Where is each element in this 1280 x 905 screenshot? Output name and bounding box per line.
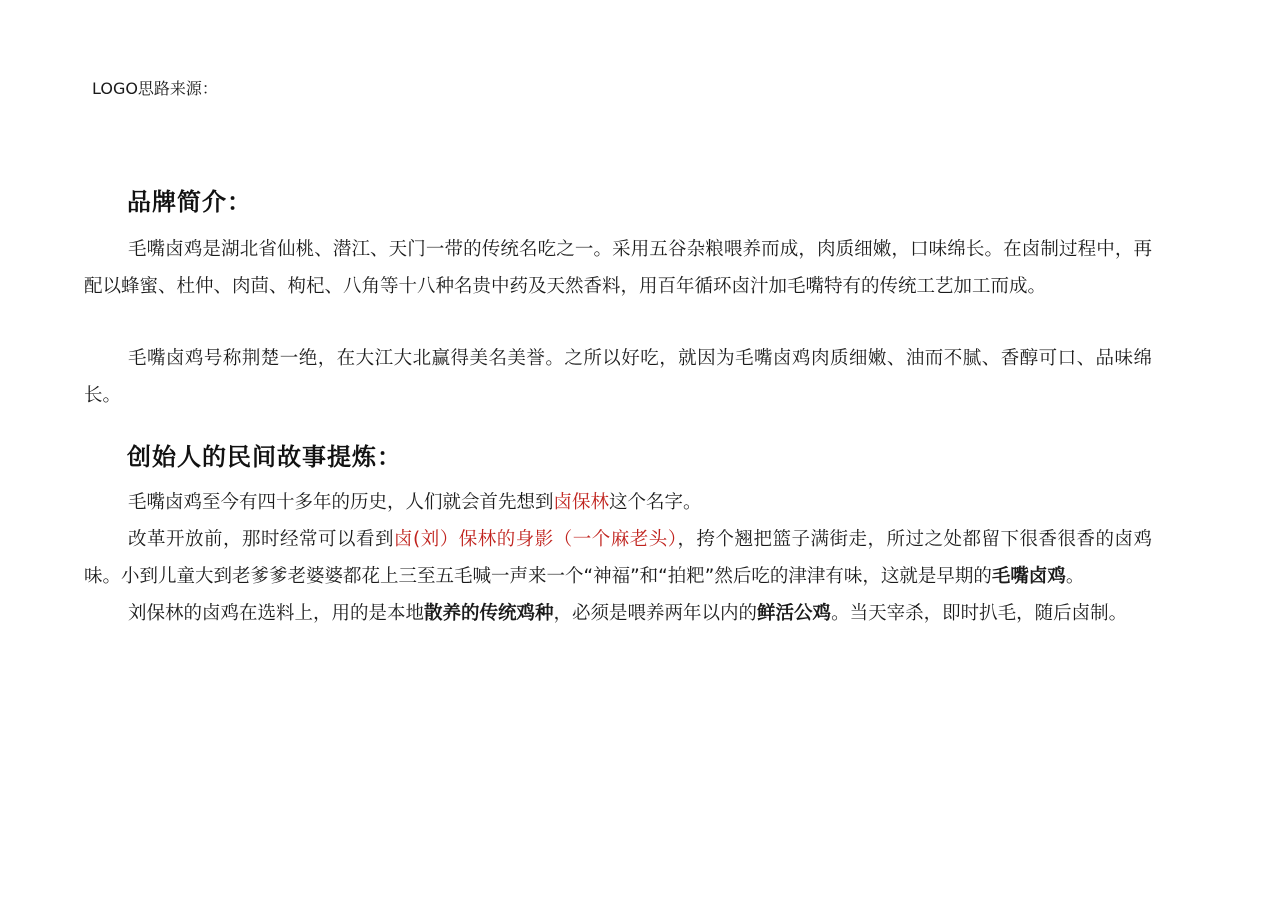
text: 。 (1066, 566, 1085, 587)
story-paragraph-1: 毛嘴卤鸡至今有四十多年的历史，人们就会首先想到卤保林这个名字。 (84, 484, 1152, 521)
paragraph-text: 毛嘴卤鸡号称荆楚一绝，在大江大北赢得美名美誉。之所以好吃，就因为毛嘴卤鸡肉质细嫩… (84, 340, 1152, 414)
founder-story-body: 毛嘴卤鸡至今有四十多年的历史，人们就会首先想到卤保林这个名字。 改革开放前，那时… (84, 484, 1152, 632)
text: 这个名字。 (609, 492, 702, 513)
text: 毛嘴卤鸡至今有四十多年的历史，人们就会首先想到 (128, 492, 554, 513)
story-paragraph-3: 刘保林的卤鸡在选料上，用的是本地散养的传统鸡种，必须是喂养两年以内的鲜活公鸡。当… (84, 595, 1152, 632)
text: ，必须是喂养两年以内的 (554, 603, 758, 624)
brand-intro-paragraph-2: 毛嘴卤鸡号称荆楚一绝，在大江大北赢得美名美誉。之所以好吃，就因为毛嘴卤鸡肉质细嫩… (84, 340, 1152, 414)
brand-intro-paragraph-1: 毛嘴卤鸡是湖北省仙桃、潜江、天门一带的传统名吃之一。采用五谷杂粮喂养而成，肉质细… (84, 231, 1152, 305)
text: 刘保林的卤鸡在选料上，用的是本地 (128, 603, 424, 624)
bold-rooster: 鲜活公鸡 (757, 603, 831, 624)
brand-intro-heading: 品牌简介： (127, 182, 252, 217)
founder-story-heading: 创始人的民间故事提炼： (127, 437, 402, 472)
paragraph-text: 毛嘴卤鸡是湖北省仙桃、潜江、天门一带的传统名吃之一。采用五谷杂粮喂养而成，肉质细… (84, 231, 1152, 305)
highlight-name: 卤保林 (554, 492, 610, 513)
bold-breed: 散养的传统鸡种 (424, 603, 554, 624)
story-paragraph-2: 改革开放前，那时经常可以看到卤(刘）保林的身影（一个麻老头），挎个翘把篮子满街走… (84, 521, 1152, 595)
logo-idea-source-label: LOGO思路来源： (92, 76, 218, 99)
text: 改革开放前，那时经常可以看到 (128, 529, 394, 550)
bold-brand: 毛嘴卤鸡 (992, 566, 1066, 587)
text: 。当天宰杀，即时扒毛，随后卤制。 (831, 603, 1127, 624)
highlight-figure: 卤(刘）保林的身影（一个麻老头） (394, 529, 677, 550)
